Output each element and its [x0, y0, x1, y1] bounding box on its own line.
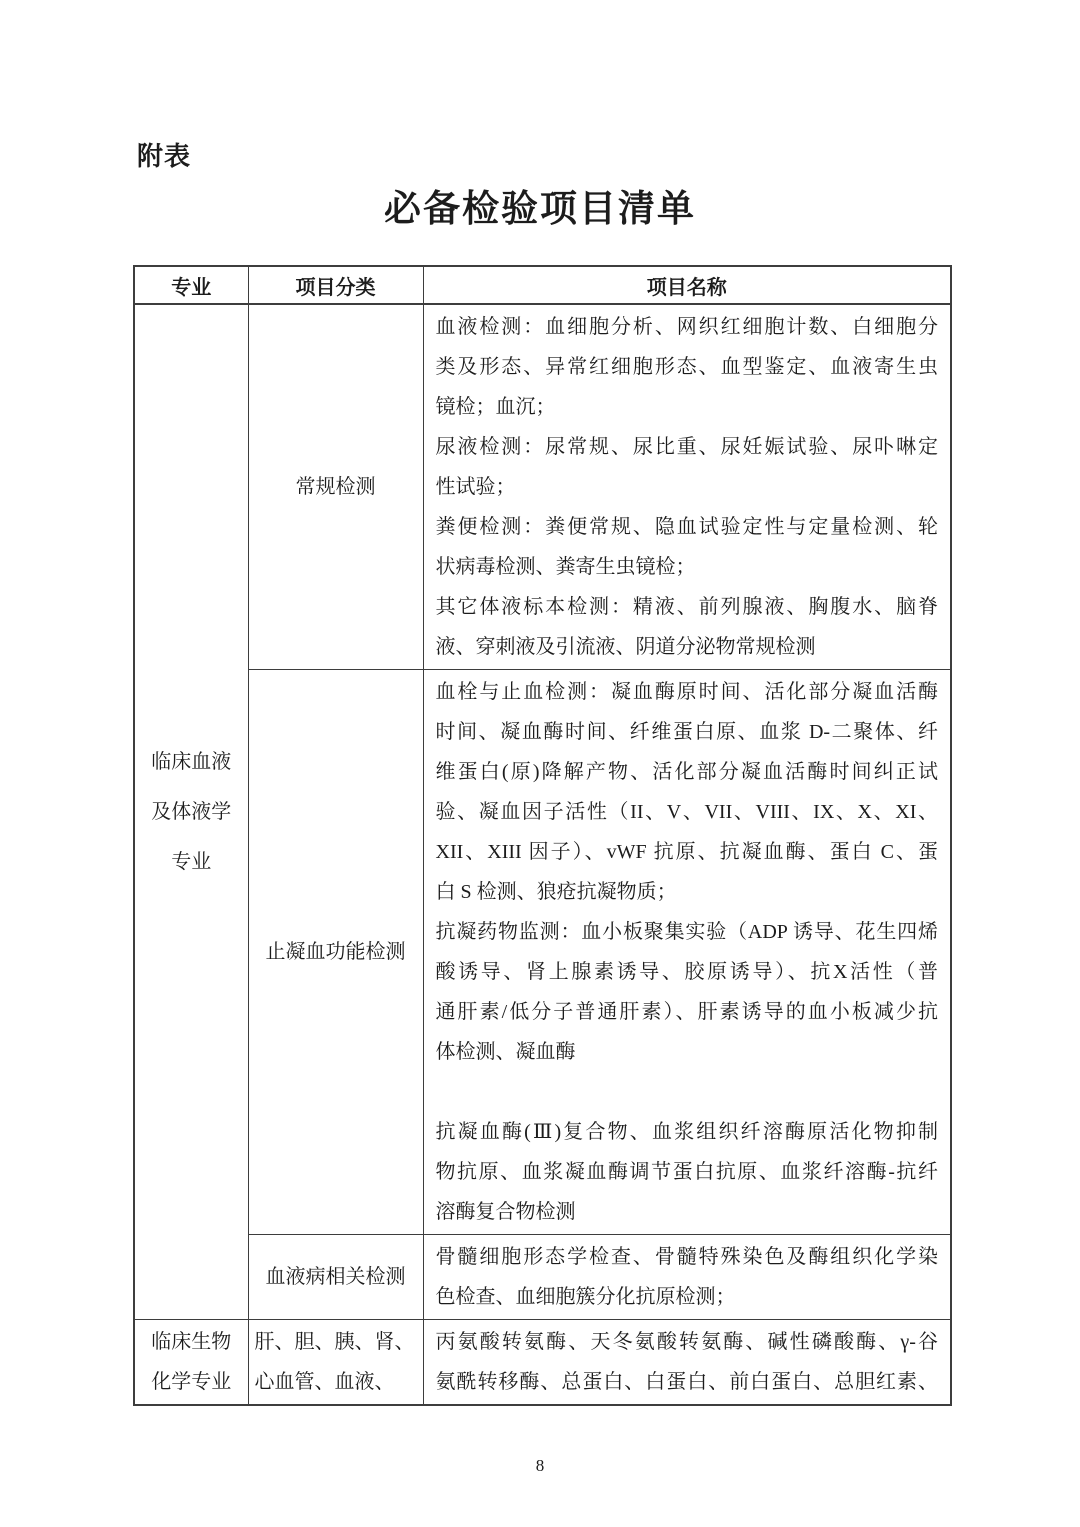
text-line: 常规检测 — [253, 467, 419, 507]
category-cell-hemostasis-tests: 止凝血功能检测 — [248, 670, 423, 1235]
items-cell-hemostasis-tests: 血栓与止血检测：凝血酶原时间、活化部分凝血活酶时间、凝血酶时间、纤维蛋白原、血浆… — [423, 670, 951, 1235]
table-header-row: 专业 项目分类 项目名称 — [134, 266, 951, 304]
page-number: 8 — [0, 1456, 1080, 1476]
specialty-cell-clinical-hematology: 临床血液及体液学专业 — [134, 304, 248, 1320]
table-row-clinical-biochemistry: 临床生物化学专业 肝、胆、胰、肾、心血管、血液、 丙氨酸转氨酶、天冬氨酸转氨酶、… — [134, 1320, 951, 1406]
category-cell-organ-systems: 肝、胆、胰、肾、心血管、血液、 — [248, 1320, 423, 1406]
text-line: 性试验； — [436, 467, 939, 507]
required-test-items-table: 专业 项目分类 项目名称 临床血液及体液学专业 常规检测 血液检测：血细胞分析、… — [133, 265, 952, 1406]
text-line: 通肝素/低分子普通肝素）、肝素诱导的血小板减少抗 — [436, 992, 939, 1032]
text-line — [436, 1072, 939, 1112]
text-line: 物抗原、血浆凝血酶调节蛋白抗原、血浆纤溶酶-抗纤 — [436, 1152, 939, 1192]
text-line: 肝、胆、胰、肾、 — [255, 1322, 417, 1362]
text-line: 尿液检测：尿常规、尿比重、尿妊娠试验、尿卟啉定 — [436, 427, 939, 467]
table-row-hematologic-disease-tests: 血液病相关检测 骨髓细胞形态学检查、骨髓特殊染色及酶组织化学染色检查、血细胞簇分… — [134, 1235, 951, 1320]
items-cell-biochemistry-tests: 丙氨酸转氨酶、天冬氨酸转氨酶、碱性磷酸酶、γ-谷氨酰转移酶、总蛋白、白蛋白、前白… — [423, 1320, 951, 1406]
items-cell-hematologic-disease-tests: 骨髓细胞形态学检查、骨髓特殊染色及酶组织化学染色检查、血细胞簇分化抗原检测； — [423, 1235, 951, 1320]
text-line: 类及形态、异常红细胞形态、血型鉴定、血液寄生虫 — [436, 347, 939, 387]
text-line: 血液病相关检测 — [253, 1257, 419, 1297]
category-cell-hematologic-disease-tests: 血液病相关检测 — [248, 1235, 423, 1320]
text-line: 血液检测：血细胞分析、网织红细胞计数、白细胞分 — [436, 307, 939, 347]
text-line: XII、XIII 因子）、vWF 抗原、抗凝血酶、蛋白 C、蛋 — [436, 832, 939, 872]
header-item-name: 项目名称 — [423, 266, 951, 304]
items-cell-routine-tests: 血液检测：血细胞分析、网织红细胞计数、白细胞分类及形态、异常红细胞形态、血型鉴定… — [423, 304, 951, 670]
text-line: 丙氨酸转氨酶、天冬氨酸转氨酶、碱性磷酸酶、γ-谷 — [436, 1322, 939, 1362]
text-line: 白 S 检测、狼疮抗凝物质； — [436, 872, 939, 912]
text-line: 临床血液 — [135, 737, 248, 787]
text-line: 溶酶复合物检测 — [436, 1192, 939, 1232]
page-title: 必备检验项目清单 — [0, 178, 1080, 232]
document-page: 附表 必备检验项目清单 专业 项目分类 项目名称 临床血液及体液学专业 常规检测… — [0, 0, 1080, 1527]
header-category: 项目分类 — [248, 266, 423, 304]
category-cell-routine-tests: 常规检测 — [248, 304, 423, 670]
appendix-label: 附表 — [137, 136, 191, 173]
header-specialty: 专业 — [134, 266, 248, 304]
text-line: 镜检；血沉； — [436, 387, 939, 427]
text-line: 心血管、血液、 — [255, 1362, 417, 1402]
text-line: 止凝血功能检测 — [253, 932, 419, 972]
table-row-routine-tests: 临床血液及体液学专业 常规检测 血液检测：血细胞分析、网织红细胞计数、白细胞分类… — [134, 304, 951, 670]
text-line: 临床生物 — [135, 1322, 248, 1362]
text-line: 液、穿刺液及引流液、阴道分泌物常规检测 — [436, 627, 939, 667]
text-line: 体检测、凝血酶 — [436, 1032, 939, 1072]
text-line: 抗凝药物监测：血小板聚集实验（ADP 诱导、花生四烯 — [436, 912, 939, 952]
specialty-cell-clinical-biochemistry: 临床生物化学专业 — [134, 1320, 248, 1406]
text-line: 色检查、血细胞簇分化抗原检测； — [436, 1277, 939, 1317]
text-line: 抗凝血酶(Ⅲ)复合物、血浆组织纤溶酶原活化物抑制 — [436, 1112, 939, 1152]
text-line: 其它体液标本检测：精液、前列腺液、胸腹水、脑脊 — [436, 587, 939, 627]
text-line: 专业 — [135, 837, 248, 887]
text-line: 酸诱导、肾上腺素诱导、胶原诱导）、抗X活性（普 — [436, 952, 939, 992]
text-line: 状病毒检测、粪寄生虫镜检； — [436, 547, 939, 587]
text-line: 氨酰转移酶、总蛋白、白蛋白、前白蛋白、总胆红素、 — [436, 1362, 939, 1402]
text-line: 骨髓细胞形态学检查、骨髓特殊染色及酶组织化学染 — [436, 1237, 939, 1277]
text-line: 粪便检测：粪便常规、隐血试验定性与定量检测、轮 — [436, 507, 939, 547]
text-line: 验、凝血因子活性（II、V、VII、VIII、IX、X、XI、 — [436, 792, 939, 832]
text-line: 血栓与止血检测：凝血酶原时间、活化部分凝血活酶 — [436, 672, 939, 712]
text-line: 时间、凝血酶时间、纤维蛋白原、血浆 D-二聚体、纤 — [436, 712, 939, 752]
text-line: 维蛋白(原)降解产物、活化部分凝血活酶时间纠正试 — [436, 752, 939, 792]
text-line: 化学专业 — [135, 1362, 248, 1402]
table-row-hemostasis-tests: 止凝血功能检测 血栓与止血检测：凝血酶原时间、活化部分凝血活酶时间、凝血酶时间、… — [134, 670, 951, 1235]
text-line: 及体液学 — [135, 787, 248, 837]
